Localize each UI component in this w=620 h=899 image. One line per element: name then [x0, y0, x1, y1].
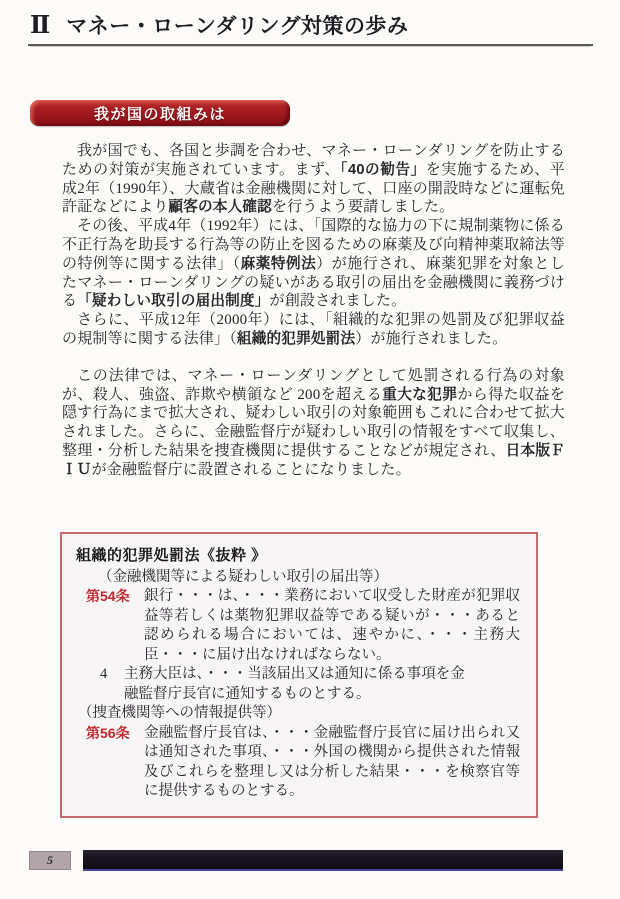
text-segment: 組織的犯罪処罰法: [237, 331, 355, 347]
law-article: 第54条銀行・・・は、・・・業務において収受した財産が犯罪収益等若しくは薬物犯罪…: [86, 587, 520, 665]
document-page: Ⅱ マネー・ローンダリング対策の歩み 我が国の取組みは 我が国でも、各国と歩調を…: [0, 0, 620, 899]
text-segment: 顧客の本人確認: [168, 199, 272, 215]
header-title-row: Ⅱ マネー・ローンダリング対策の歩み: [28, 12, 593, 41]
law-article-text: 金融監督庁長官は、・・・金融監督庁長官に届け出られ又は通知された事項、・・・外国…: [144, 724, 520, 802]
law-excerpt-box: 組織的犯罪処罰法《抜粋 》 （金融機関等による疑わしい取引の届出等）第54条銀行…: [60, 532, 538, 818]
law-excerpt-title: 組織的犯罪処罰法《抜粋 》: [76, 546, 520, 566]
law-clause: 4主務大臣は、・・・当該届出又は通知に係る事項を金融監督庁長官に通知するものとす…: [100, 665, 520, 704]
text-segment: が創設されました。: [270, 293, 407, 309]
law-article-text: 主務大臣は、・・・当該届出又は通知に係る事項を金融監督庁長官に通知するものとする…: [124, 665, 476, 704]
footer-bar: [83, 850, 563, 871]
law-subheading: （金融機関等による疑わしい取引の届出等）: [98, 568, 520, 588]
text-segment: 「40の勧告」: [340, 162, 426, 178]
text-segment: ）が施行されました。: [355, 331, 507, 347]
body-paragraph: その後、平成4年（1992年）には、「国際的な協力の下に規制薬物に係る不正行為を…: [62, 217, 565, 311]
page-number: 5: [47, 853, 53, 868]
page-header: Ⅱ マネー・ローンダリング対策の歩み: [28, 12, 593, 46]
page-title: マネー・ローンダリング対策の歩み: [66, 13, 408, 41]
text-segment: を行うよう要請しました。: [272, 199, 454, 215]
body-paragraph: 我が国でも、各国と歩調を合わせ、マネー・ローンダリングを防止するための対策が実施…: [62, 142, 565, 217]
text-segment: が金融監督庁に設置されることになりました。: [92, 462, 411, 478]
chapter-numeral: Ⅱ: [30, 12, 50, 40]
law-excerpt-items: （金融機関等による疑わしい取引の届出等）第54条銀行・・・は、・・・業務において…: [74, 568, 520, 802]
law-article-text: 銀行・・・は、・・・業務において収受した財産が犯罪収益等若しくは薬物犯罪収益等で…: [144, 587, 520, 665]
body-text: 我が国でも、各国と歩調を合わせ、マネー・ローンダリングを防止するための対策が実施…: [62, 142, 565, 480]
section-banner: 我が国の取組みは: [30, 100, 290, 126]
body-paragraph: さらに、平成12年（2000年）には、「組織的な犯罪の処罰及び犯罪収益の規制等に…: [62, 311, 565, 349]
text-segment: 麻薬特例法: [241, 256, 317, 272]
law-article: 第56条金融監督庁長官は、・・・金融監督庁長官に届け出られ又は通知された事項、・…: [86, 724, 520, 802]
law-article-number: 第54条: [86, 587, 132, 665]
law-article-number: 第56条: [86, 724, 132, 802]
law-subheading: （捜査機関等への情報提供等）: [78, 704, 520, 724]
text-segment: 重大な犯罪: [382, 387, 457, 403]
footer-page-tab: 5: [29, 851, 71, 870]
law-article-number: 4: [100, 665, 116, 704]
body-paragraph: この法律では、マネー・ローンダリングとして処罰される行為の対象が、殺人、強盗、詐…: [62, 367, 565, 480]
text-segment: 「疑わしい取引の届出制度」: [77, 293, 269, 309]
section-banner-label: 我が国の取組みは: [94, 103, 226, 124]
